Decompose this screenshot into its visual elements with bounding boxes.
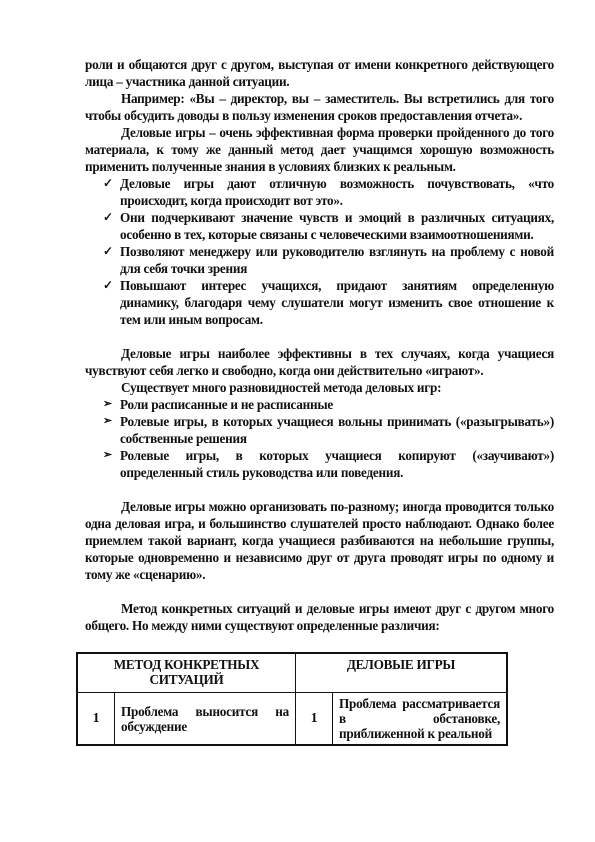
document-page: роли и общаются друг с другом, выступая … — [85, 56, 554, 634]
list-item: ✓Позволяют менеджеру или руководителю вз… — [85, 243, 554, 277]
paragraph-comparison-intro: Метод конкретных ситуаций и деловые игры… — [85, 600, 554, 634]
cell-case-method: Проблема выносится на обсуждение — [115, 693, 296, 746]
header-case-method: МЕТОД КОНКРЕТНЫХ СИТУАЦИЙ — [77, 653, 296, 693]
list-item-text: Ролевые игры, в которых учащиеся копирую… — [120, 448, 554, 480]
comparison-table: МЕТОД КОНКРЕТНЫХ СИТУАЦИЙ ДЕЛОВЫЕ ИГРЫ 1… — [76, 652, 508, 746]
table-row: 1 Проблема выносится на обсуждение 1 Про… — [77, 693, 507, 746]
spacer — [85, 583, 554, 600]
paragraph-example: Например: «Вы – директор, вы – заместите… — [85, 90, 554, 124]
varieties-list: ➢Роли расписанные и не расписанные ➢Роле… — [85, 396, 554, 481]
benefits-list: ✓Деловые игры дают отличную возможность … — [85, 175, 554, 328]
paragraph-effectiveness: Деловые игры наиболее эффективны в тех с… — [85, 345, 554, 379]
list-item: ✓Повышают интерес учащихся, придают заня… — [85, 277, 554, 328]
row-number-left: 1 — [77, 693, 115, 746]
checkmark-icon: ✓ — [103, 175, 113, 192]
list-item: ➢Ролевые игры, в которых учащиеся копиру… — [85, 447, 554, 481]
list-item: ✓Деловые игры дают отличную возможность … — [85, 175, 554, 209]
spacer — [85, 481, 554, 498]
list-item-text: Они подчеркивают значение чувств и эмоци… — [120, 210, 554, 242]
checkmark-icon: ✓ — [103, 243, 113, 260]
spacer — [85, 328, 554, 345]
paragraph-varieties: Существует много разновидностей метода д… — [85, 379, 554, 396]
list-item-text: Роли расписанные и не расписанные — [120, 397, 333, 412]
arrow-bullet-icon: ➢ — [103, 413, 112, 430]
arrow-bullet-icon: ➢ — [103, 396, 112, 413]
checkmark-icon: ✓ — [103, 277, 113, 294]
row-number-right: 1 — [296, 693, 333, 746]
cell-business-games: Проблема рассматривается в обстановке, п… — [333, 693, 508, 746]
list-item: ✓Они подчеркивают значение чувств и эмоц… — [85, 209, 554, 243]
table-header-row: МЕТОД КОНКРЕТНЫХ СИТУАЦИЙ ДЕЛОВЫЕ ИГРЫ — [77, 653, 507, 693]
list-item: ➢Ролевые игры, в которых учащиеся вольны… — [85, 413, 554, 447]
list-item-text: Повышают интерес учащихся, придают занят… — [120, 278, 554, 327]
list-item-text: Ролевые игры, в которых учащиеся вольны … — [120, 414, 554, 446]
paragraph-business-games: Деловые игры – очень эффективная форма п… — [85, 124, 554, 175]
checkmark-icon: ✓ — [103, 209, 113, 226]
list-item-text: Позволяют менеджеру или руководителю взг… — [120, 244, 554, 276]
paragraph-organization: Деловые игры можно организовать по-разно… — [85, 498, 554, 583]
arrow-bullet-icon: ➢ — [103, 447, 112, 464]
list-item: ➢Роли расписанные и не расписанные — [85, 396, 554, 413]
list-item-text: Деловые игры дают отличную возможность п… — [120, 176, 554, 208]
header-business-games: ДЕЛОВЫЕ ИГРЫ — [296, 653, 508, 693]
paragraph-roles: роли и общаются друг с другом, выступая … — [85, 56, 554, 90]
